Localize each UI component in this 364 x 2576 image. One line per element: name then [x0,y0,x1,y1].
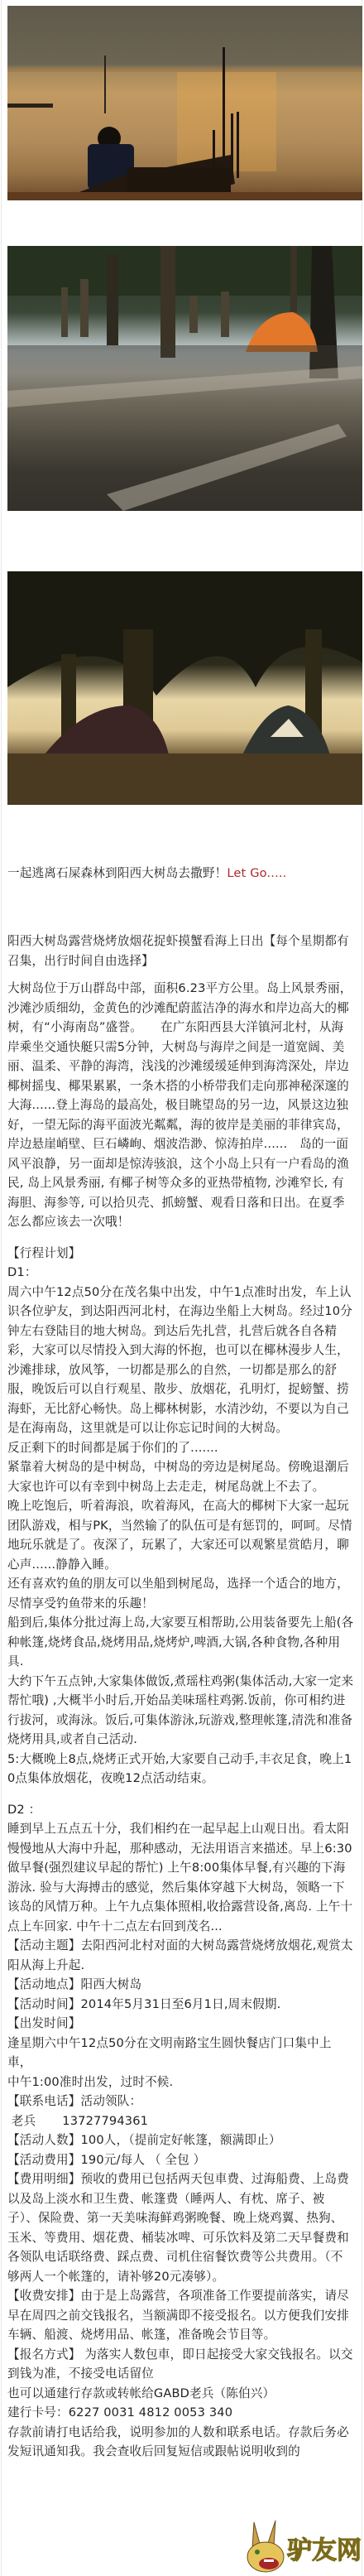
day1-paragraph: 周六中午12点50分在茂名集中出发，中午1点准时出发，车上认识各位驴友，到达阳西… [7,1283,355,1438]
detail-label: 【活动费用】 [7,2153,80,2167]
detail-fee: 【活动费用】190元/每人 （ 全包 ） [7,2150,355,2170]
detail-value: 2014年5月31日至6月1日,周末假期. [80,1997,280,2011]
day1-paragraph: 反正剩下的时间都是属于你们的了....... [7,1438,355,1458]
day2-paragraph: 睡到早上五点五十分，我们相约在一起早起上山观日出。看太阳慢慢地从大海中升起，那种… [7,1819,355,1936]
leader-name: 老兵 [12,2114,36,2128]
detail-value: 阳西大树岛 [80,1977,141,1991]
sunset-pier-photo [7,6,362,200]
day1-paragraph: 紧靠着大树岛的是中树岛，中树岛的旁边是树尾岛。傍晚退潮后大家也许可以有幸到中树岛… [7,1457,355,1496]
contact-line: 【联系电话】活动领队： [7,2092,355,2111]
detail-value: 190元/每人 （ 全包 ） [80,2153,205,2167]
leader-phone[interactable]: 13727794361 [62,2114,148,2128]
day1-paragraph: 晚上吃饱后，听着海浪，吹着海风，在高大的椰树下大家一起玩团队游戏，相与PK，当然… [7,1496,355,1574]
intro-paragraph: 大树岛位于万山群岛中部，面积6.23平方公里。岛上风景秀丽，沙滩沙质细幼，金黄色… [7,979,355,1232]
donkey-mascot-icon: 驴友网 [236,2517,364,2576]
tents-dusk-photo [7,571,362,805]
payment-note: 存款前请打电话给我，说明参加的人数和联系电话。存款后务必发短讯通知我。我会查收后… [7,2423,355,2462]
palm-beach-tent-photo [7,246,362,511]
day1-label: D1： [7,1263,355,1283]
day1-paragraph: 5:大概晚上8点,烧烤正式开始,大家要自己动手,丰衣足食，晚上10点集体放烟花，… [7,1750,355,1789]
departure-line: 中午1:00准时出发，过时不候. [7,2073,355,2092]
detail-headcount: 【活动人数】100人，（提前定好帐篷，额满即止） [7,2131,355,2150]
detail-time: 【活动时间】2014年5月31日至6月1日,周末假期. [7,1995,355,2015]
subtitle: 阳西大树岛露营烧烤放烟花捉虾摸蟹看海上日出【每个星期都有召集，出行时间自由选择】 [7,932,355,970]
departure-line: 逢星期六中午12点50分在文明南路宝生圆快餐店门口集中上車， [7,2034,355,2073]
detail-label: 【活动主题】 [7,1938,80,1952]
contact-value: 活动领队： [80,2094,141,2108]
detail-value: 100人，（提前定好帐篷，额满即止） [80,2133,280,2147]
detail-payment-arrangement: 【收费安排】由于是上岛露营，各项准备工作要提前落实，请尽早在周四之前交钱报名，当… [7,2286,355,2345]
detail-value: 预收的费用已包括两天包車费、过海船费、上岛费以及岛上淡水和卫生费、帐篷费（睡两人… [7,2172,349,2284]
contact-label: 【联系电话】 [7,2094,80,2108]
article-body: 大树岛位于万山群岛中部，面积6.23平方公里。岛上风景秀丽，沙滩沙质细幼，金黄色… [7,979,355,2462]
detail-label: 【收费安排】 [7,2289,80,2303]
payment-line: 也可以通建行存款或转帐给GABD老兵（陈伯兴） [7,2384,355,2404]
headline: 一起逃离石屎森林到阳西大树岛去撒野！Let Go..... [7,864,355,884]
svg-text:驴友网: 驴友网 [286,2536,362,2565]
detail-departure: 【出发时间】 [7,2014,355,2034]
detail-signup-method: 【报名方式】 为落实人数包車，即日起接受大家交钱报名。以交到钱为准，不接受电话留… [7,2345,355,2384]
headline-text: 一起逃离石屎森林到阳西大树岛去撒野！ [7,866,227,880]
detail-label: 【活动时间】 [7,1997,80,2011]
itinerary-heading: 【行程计划】 [7,1244,355,1264]
day2-label: D2 ： [7,1800,355,1820]
bank-card-line: 建行卡号：6227 0031 4812 0053 340 [7,2403,355,2423]
detail-location: 【活动地点】阳西大树岛 [7,1975,355,1995]
detail-label: 【活动人数】 [7,2133,80,2147]
detail-theme: 【活动主题】去阳西河北村对面的大树岛露营烧烤放烟花,观赏太阳从海上升起. [7,1936,355,1975]
detail-label: 【费用明细】 [7,2172,80,2186]
detail-fee-breakdown: 【费用明细】预收的费用已包括两天包車费、过海船费、上岛费以及岛上淡水和卫生费、帐… [7,2169,355,2286]
headline-highlight: Let Go..... [227,866,286,880]
detail-label: 【活动地点】 [7,1977,80,1991]
detail-label: 【报名方式】 [7,2347,80,2362]
detail-label: 【出发时间】 [7,2016,80,2030]
contact-leader: 老兵13727794361 [7,2111,355,2131]
day1-paragraph: 大约下午五点钟,大家集体做饭,煮瑶柱鸡粥(集体活动,大家一定来帮忙哦) ,大概半… [7,1672,355,1750]
day1-paragraph: 船到后,集体分批过海上岛,大家要互相帮助,公用装备要先上船(各种帐篷,烧烤食品,… [7,1613,355,1672]
site-watermark: 驴友网 [236,2517,364,2576]
day1-paragraph: 还有喜欢钓鱼的朋友可以坐船到树尾岛，选择一个适合的地方，尽情享受钓鱼带来的乐趣！ [7,1574,355,1613]
